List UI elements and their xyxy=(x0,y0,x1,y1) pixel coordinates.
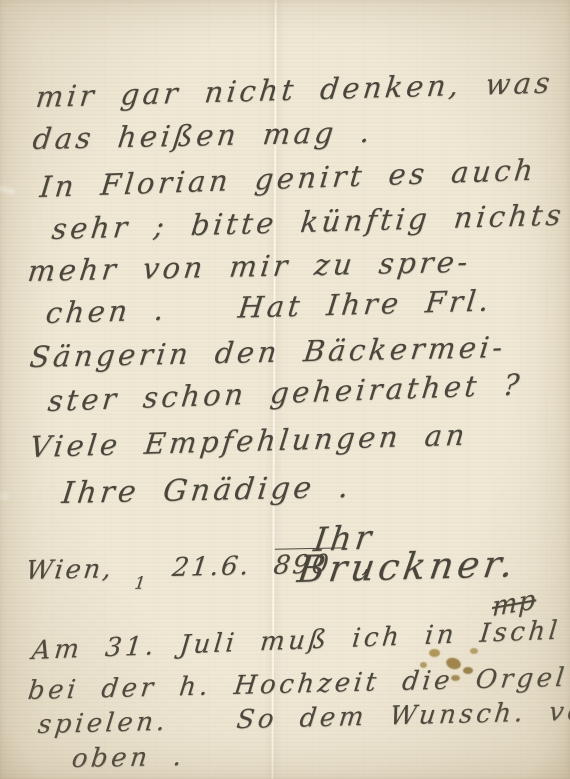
dateline-day-month: 21.6. xyxy=(171,551,253,583)
dateline-subscript: 1 xyxy=(133,573,149,593)
handwriting-line: Sängerin den Bäckermei- xyxy=(28,330,508,374)
handwriting-line: chen . Hat Ihre Frl. xyxy=(44,283,494,330)
left-edge-crease xyxy=(0,185,15,195)
letter-page: mir gar nicht denken, was das heißen mag… xyxy=(0,0,570,779)
postscript-line: Am 31. Juli muß ich in Ischl xyxy=(30,616,562,666)
handwriting-line: mehr von mir zu spre- xyxy=(26,245,473,288)
handwriting-line: Ihre Gnädige . xyxy=(60,470,354,511)
handwriting-line: Viele Empfehlungen an xyxy=(28,418,470,464)
postscript-line: oben . xyxy=(70,742,187,774)
dateline-city: Wien, xyxy=(24,554,115,586)
handwriting-line: das heißen mag . xyxy=(31,115,375,156)
handwriting-line: ster schon geheirathet ? xyxy=(46,367,524,418)
signature: Bruckner. xyxy=(295,542,520,591)
handwriting-line: sehr ; bitte künftig nichts xyxy=(50,198,566,246)
handwriting-line: In Florian genirt es auch xyxy=(38,153,538,204)
handwriting-line: mir gar nicht denken, was xyxy=(34,65,555,114)
left-edge-crease xyxy=(0,492,9,500)
